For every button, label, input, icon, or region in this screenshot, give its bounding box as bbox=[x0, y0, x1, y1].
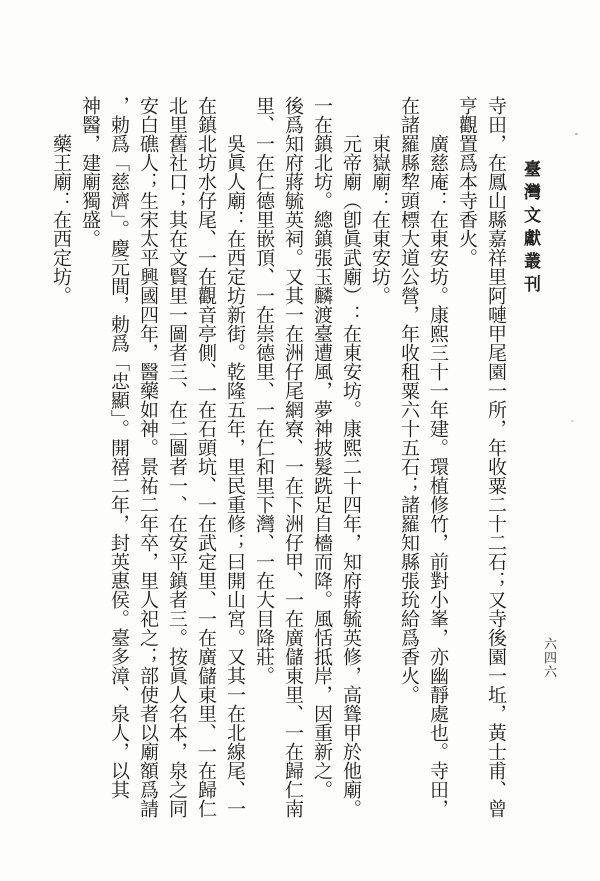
text-column: 藥王廟：在西定坊。 bbox=[46, 96, 75, 836]
scanned-book-page: 臺灣文獻叢刊 六四六 寺田，在鳳山縣嘉祥里阿嗹甲尾園一所，年收粟二十二石；又寺後… bbox=[0, 0, 600, 881]
series-title-label: 臺灣文獻叢刊 bbox=[518, 160, 543, 298]
text-column: 吳眞人廟：在西定坊新街。乾隆五年，里民重修；曰開山宮。又其一在北線尾、一 bbox=[220, 96, 249, 836]
text-column: 北里舊社口；其在文賢里一圖者三、在二圖者一、在安平鎮者三。按眞人名本，泉之同 bbox=[162, 96, 191, 836]
text-column: 安白礁人；生宋太平興國四年，醫藥如神。景祐二年卒，里人祀之；部使者以廟額爲請 bbox=[133, 96, 162, 836]
text-column: 元帝廟（卽眞武廟）：在東安坊。康熙二十四年，知府蔣毓英修，高聳甲於他廟。 bbox=[336, 96, 365, 836]
scan-speck bbox=[575, 133, 578, 135]
text-column: 在鎮北坊水仔尾、一在觀音亭側、一在石頭坑、一在武定里、一在廣儲東里、一在歸仁 bbox=[191, 96, 220, 836]
text-column: 里、一在仁德里嵌頂、一在崇德里、一在仁和里下灣、一在大目降莊。 bbox=[249, 96, 278, 836]
page-number: 六四六 bbox=[539, 637, 558, 679]
text-column: 廣慈庵：在東安坊。康熙三十一年建。環植修竹，前對小峯，亦幽靜處也。寺田， bbox=[423, 96, 452, 836]
scan-speck bbox=[571, 420, 574, 422]
text-column: 寺田，在鳳山縣嘉祥里阿嗹甲尾園一所，年收粟二十二石；又寺後園一坵，黃士甫、曾 bbox=[481, 96, 510, 836]
text-column: 一在鎮北坊。總鎮張玉麟渡臺遭風，夢神披髮跣足自檣而降。風恬抵岸，因重新之。 bbox=[307, 96, 336, 836]
text-column: 在諸羅縣犂頭標大道公營，年收租粟六十五石；諸羅知縣張玧給爲香火。 bbox=[394, 96, 423, 836]
text-column: 東嶽廟：在東安坊。 bbox=[365, 96, 394, 836]
text-column: 神醫，建廟獨盛。 bbox=[75, 96, 104, 836]
text-column: 亨觀置爲本寺香火。 bbox=[452, 96, 481, 836]
main-text-block: 寺田，在鳳山縣嘉祥里阿嗹甲尾園一所，年收粟二十二石；又寺後園一坵，黃士甫、曾亨觀… bbox=[46, 96, 510, 836]
text-column: 後爲知府蔣毓英祠。又其一在洲仔尾網寮、一在下洲仔甲、一在廣儲東里、一在歸仁南 bbox=[278, 96, 307, 836]
text-column: ，勅爲「慈濟」。慶元間，勅爲「忠顯」。開禧二年，封英惠侯。臺多漳、泉人，以其 bbox=[104, 96, 133, 836]
